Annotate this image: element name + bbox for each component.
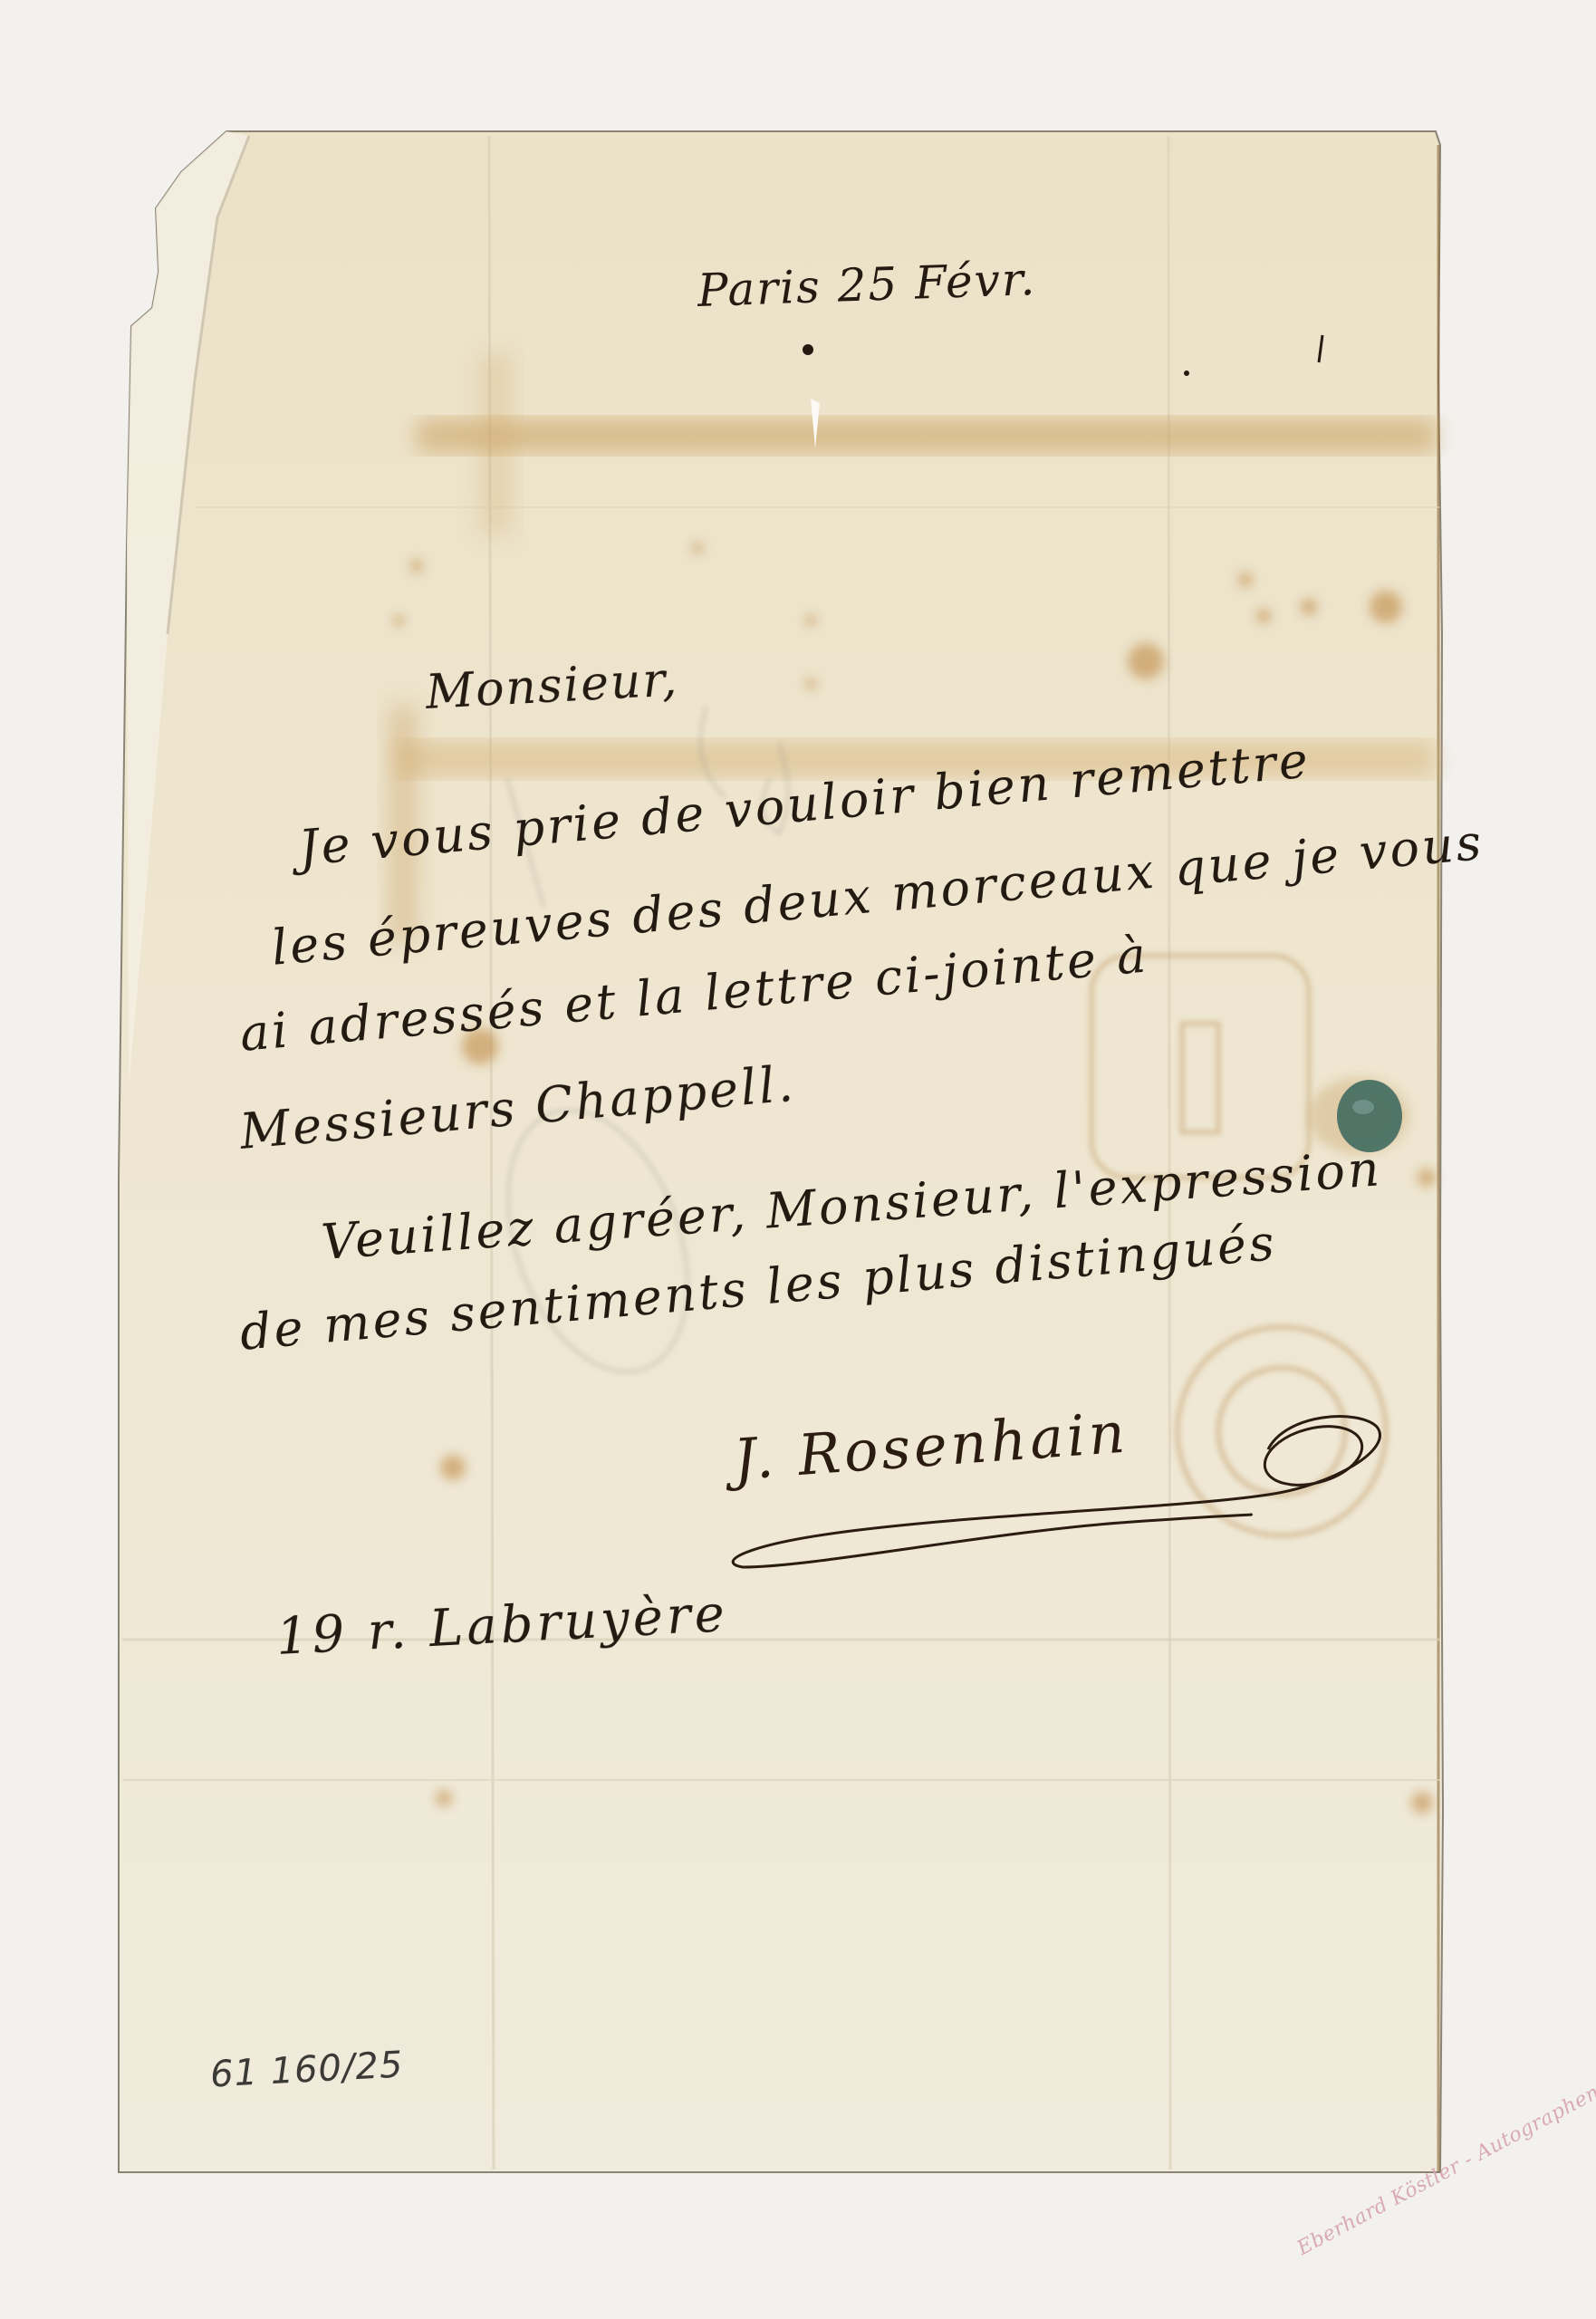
scanned-letter: Paris 25 Févr. Monsieur, Je vous prie de… xyxy=(0,0,1596,2319)
stain-band-top xyxy=(417,419,1436,453)
